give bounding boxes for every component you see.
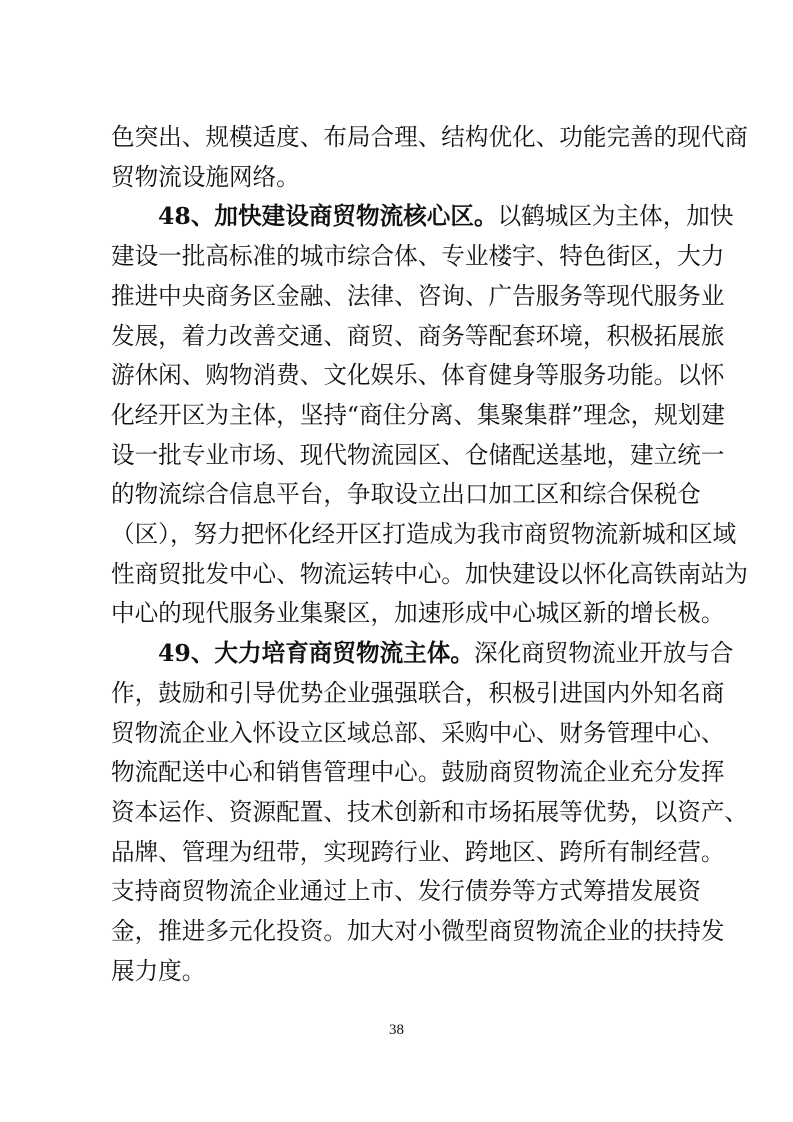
text-line: 推进中央商务区金融、法律、咨询、广告服务等现代服务业 (111, 277, 686, 317)
text-line: 中心的现代服务业集聚区，加速形成中心城区新的增长极。 (111, 594, 686, 634)
text-line: 色突出、规模适度、布局合理、结构优化、功能完善的现代商 (111, 118, 686, 158)
text-run: 深化商贸物流业开放与合 (474, 639, 734, 667)
text-line: 的物流综合信息平台，争取设立出口加工区和综合保税仓 (111, 475, 686, 515)
text-line: 作，鼓励和引导优势企业强强联合，积极引进国内外知名商 (111, 674, 686, 714)
paragraph-49: 49、大力培育商贸物流主体。深化商贸物流业开放与合 作，鼓励和引导优势企业强强联… (111, 634, 686, 991)
text-line: 48、加快建设商贸物流核心区。以鹤城区为主体，加快 (111, 197, 686, 237)
text-line: 性商贸批发中心、物流运转中心。加快建设以怀化高铁南站为 (111, 555, 686, 595)
text-line: 建设一批高标准的城市综合体、专业楼宇、特色街区，大力 (111, 237, 686, 277)
text-line: （区），努力把怀化经开区打造成为我市商贸物流新城和区域 (111, 515, 686, 555)
document-page: 色突出、规模适度、布局合理、结构优化、功能完善的现代商 贸物流设施网络。 48、… (111, 118, 686, 991)
text-line: 物流配送中心和销售管理中心。鼓励商贸物流企业充分发挥 (111, 753, 686, 793)
text-run: 以鹤城区为主体，加快 (498, 202, 734, 230)
section-heading-49: 49、大力培育商贸物流主体。 (158, 639, 474, 667)
text-line: 贸物流企业入怀设立区域总部、采购中心、财务管理中心、 (111, 714, 686, 754)
paragraph-48: 48、加快建设商贸物流核心区。以鹤城区为主体，加快 建设一批高标准的城市综合体、… (111, 197, 686, 634)
text-line: 49、大力培育商贸物流主体。深化商贸物流业开放与合 (111, 634, 686, 674)
text-line: 设一批专业市场、现代物流园区、仓储配送基地，建立统一 (111, 436, 686, 476)
text-line: 游休闲、购物消费、文化娱乐、体育健身等服务功能。以怀 (111, 356, 686, 396)
page-number: 38 (0, 1022, 793, 1039)
text-line: 展力度。 (111, 952, 686, 992)
text-line: 发展，着力改善交通、商贸、商务等配套环境，积极拓展旅 (111, 317, 686, 357)
text-line: 支持商贸物流企业通过上市、发行债券等方式筹措发展资 (111, 872, 686, 912)
text-line: 化经开区为主体，坚持“商住分离、集聚集群”理念，规划建 (111, 396, 686, 436)
paragraph-continuation: 色突出、规模适度、布局合理、结构优化、功能完善的现代商 贸物流设施网络。 (111, 118, 686, 197)
text-line: 金，推进多元化投资。加大对小微型商贸物流企业的扶持发 (111, 912, 686, 952)
section-heading-48: 48、加快建设商贸物流核心区。 (158, 202, 498, 230)
text-line: 资本运作、资源配置、技术创新和市场拓展等优势，以资产、 (111, 793, 686, 833)
text-line: 品牌、管理为纽带，实现跨行业、跨地区、跨所有制经营。 (111, 833, 686, 873)
text-line: 贸物流设施网络。 (111, 158, 686, 198)
